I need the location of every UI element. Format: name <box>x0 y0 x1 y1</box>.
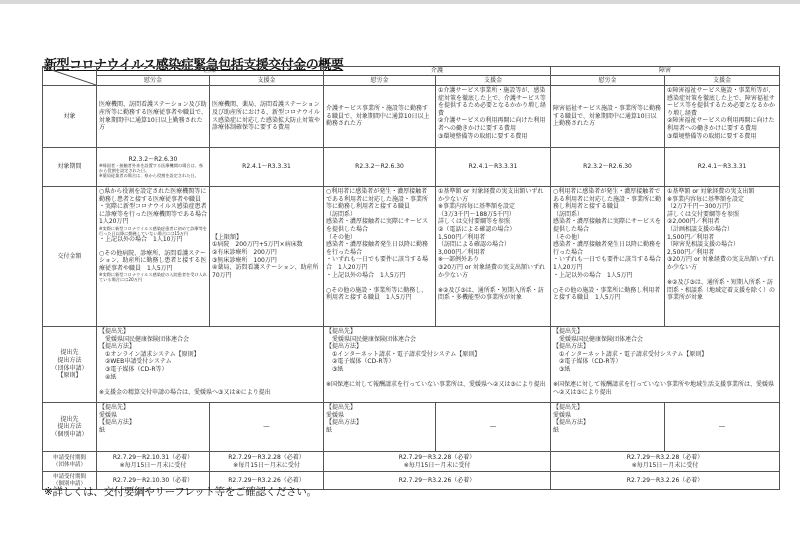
individual-submit-cell: ― <box>436 403 551 452</box>
period-cell: R2.3.2～R2.6.30 <box>324 148 436 187</box>
table-row-target: 対象 医療機関、訪問看護ステーション及び助産所等に勤務する医療従事者や職員で、対… <box>43 86 780 148</box>
amount-line: ○その他病院、診療所、訪問看護ステーション、助産所に勤務し患者と接する医療従事者… <box>99 250 207 273</box>
amount-line: ○県から役割を設定された医療機関等に勤務し患者と接する医療従事者や職員 <box>99 188 207 203</box>
table-row-individual-submit: 提出先 提出方法 （個別申請） 【提出先】 愛媛県 【提出方法】 紙 ― 【提出… <box>43 403 780 452</box>
sub-header-disability-support: 支援金 <box>665 76 780 86</box>
individual-submit-cell: 【提出先】 愛媛県 【提出方法】 紙 <box>97 403 210 452</box>
group-submit-disability: 【提出先】 愛媛県国民健康保険団体連合会 【提出方法】 ①インターネット請求・電… <box>551 327 780 403</box>
target-cell: 障害福祉サービス施設・事業所等に勤務する職員で、対象期間中に通算10日以上勤務さ… <box>551 86 665 148</box>
target-cell: ①介護サービス事業所・施設等が、感染症対策を徹底した上で、介護サービス等を提供す… <box>436 86 551 148</box>
amount-cell-medical-consolation: ○県から役割を設定された医療機関等に勤務し患者と接する医療従事者や職員 ・実際に… <box>97 187 210 327</box>
individual-submit-cell: ― <box>665 403 780 452</box>
period-note: ※帰国者・接触者外来を設置する医療機関の場合は、県から役割を設定された日。 ※薬… <box>99 163 207 178</box>
sub-header-care-support: 支援金 <box>436 76 551 86</box>
individual-submit-cell: 【提出先】 愛媛県 【提出方法】 紙 <box>551 403 665 452</box>
period-cell: R2.3.2～R2.6.30 ※帰国者・接触者外来を設置する医療機関の場合は、県… <box>97 148 210 187</box>
row-label-amount: 交付金額 <box>43 187 97 327</box>
individual-period-cell: R2.7.29～R3.2.26（必着） <box>324 472 551 490</box>
group-submit-medical: 【提出先】 愛媛県国民健康保険団体連合会 【提出方法】 ①オンライン請求システム… <box>97 327 324 403</box>
amount-cell-care-consolation: ○利用者に感染者が発生・濃厚接触者である利用者に対応した施設・事業所等に勤務し利… <box>324 187 436 327</box>
target-cell: 介護サービス事業所・施設等に勤務する職員で、対象期間中に通算10日以上勤務された… <box>324 86 436 148</box>
amount-cell-medical-support: 【上限額】 ①病院 200万円+5万円×病床数 ②有床診療所 200万円 ③無床… <box>210 187 324 327</box>
row-label-group-period: 申請受付期間 （団体申請） <box>43 452 97 472</box>
group-submit-care: 【提出先】 愛媛県国民健康保険団体連合会 【提出方法】 ①インターネット請求・電… <box>324 327 551 403</box>
period-cell: R2.4.1～R3.3.31 <box>436 148 551 187</box>
target-cell: ①障害福祉サービス施設・事業所等が、感染症対策を徹底した上で、障害福祉サービス等… <box>665 86 780 148</box>
group-period-cell: R2.7.29～R3.2.28（必着） ※毎月15日～月末に受付 <box>210 452 324 472</box>
group-header-care: 介護 <box>324 67 551 76</box>
table-row-period: 対象期間 R2.3.2～R2.6.30 ※帰国者・接触者外来を設置する医療機関の… <box>43 148 780 187</box>
amount-cell-disability-consolation: ○利用者に感染者が発生・濃厚接触者である利用者に対応した施設・事業所に勤務し利用… <box>551 187 665 327</box>
group-header-disability: 障害 <box>551 67 780 76</box>
amount-cell-disability-support: ①基準額 or 対象経費の実支出額 ※事業内容毎に基準額を設定 （2万7千円～3… <box>665 187 780 327</box>
period-cell: R2.4.1～R3.3.31 <box>665 148 780 187</box>
amount-line: ・上記以外の場合 1人10万円 <box>99 236 207 244</box>
target-cell: 医療機関、訪問看護ステーション及び助産所等に勤務する医療従事者や職員で、対象期間… <box>97 86 210 148</box>
row-label-target: 対象 <box>43 86 97 148</box>
table-row-amount: 交付金額 ○県から役割を設定された医療機関等に勤務し患者と接する医療従事者や職員… <box>43 187 780 327</box>
period-cell: R2.3.2～R2.6.30 <box>551 148 665 187</box>
diagonal-line <box>43 67 96 85</box>
top-border <box>0 0 800 4</box>
table-row-group-submit: 提出先 提出方法 （団体申請） 【原則】 【提出先】 愛媛県国民健康保険団体連合… <box>43 327 780 403</box>
sub-header-disability-consolation: 慰労金 <box>551 76 665 86</box>
corner-diagonal-cell <box>43 67 97 86</box>
individual-period-cell: R2.7.29～R3.2.26（必着） <box>551 472 780 490</box>
amount-note: ※実際に新型コロナウイルス感染症の入院患者を受け入れている場合には20万円 <box>99 272 207 282</box>
individual-submit-cell: ― <box>210 403 324 452</box>
group-period-cell: R2.7.29～R2.10.31（必着） ※毎月15日～月末に受付 <box>97 452 210 472</box>
group-header-medical: 医療 <box>97 67 324 76</box>
amount-cell-care-support: ①基準額 or 対象経費の実支出額いずれか少ない方 ※事業内容毎に基準額を設定 … <box>436 187 551 327</box>
row-label-period: 対象期間 <box>43 148 97 187</box>
summary-table: 医療 介護 障害 慰労金 支援金 慰労金 支援金 慰労金 支援金 対象 医療機関… <box>42 66 780 490</box>
group-period-cell: R2.7.29～R3.2.28（必着） ※毎月15日～月末に受付 <box>551 452 780 472</box>
row-label-group-submit: 提出先 提出方法 （団体申請） 【原則】 <box>43 327 97 403</box>
period-cell: R2.4.1～R3.3.31 <box>210 148 324 187</box>
sub-header-medical-support: 支援金 <box>210 76 324 86</box>
amount-note: ※実際に新型コロナウイルス感染症患者に初めて診療等を行った日以降に勤務していない… <box>99 226 207 236</box>
sub-header-medical-consolation: 慰労金 <box>97 76 210 86</box>
group-period-cell: R2.7.29～R3.2.28（必着） ※毎月15日～月末に受付 <box>324 452 551 472</box>
amount-line: ・実際に新型コロナウイルス感染症患者に診療等を行った医療機関等である場合 1人2… <box>99 203 207 226</box>
target-cell: 医療機関、薬局、訪問看護ステーション及び助産所における、新型コロナウイルス感染症… <box>210 86 324 148</box>
individual-submit-cell: 【提出先】 愛媛県 【提出方法】 紙 <box>324 403 436 452</box>
table-row-group-period: 申請受付期間 （団体申請） R2.7.29～R2.10.31（必着） ※毎月15… <box>43 452 780 472</box>
row-label-individual-submit: 提出先 提出方法 （個別申請） <box>43 403 97 452</box>
footer-note: ※詳しくは、交付要綱やリーフレット等をご確認ください。 <box>44 484 317 499</box>
sub-header-care-consolation: 慰労金 <box>324 76 436 86</box>
